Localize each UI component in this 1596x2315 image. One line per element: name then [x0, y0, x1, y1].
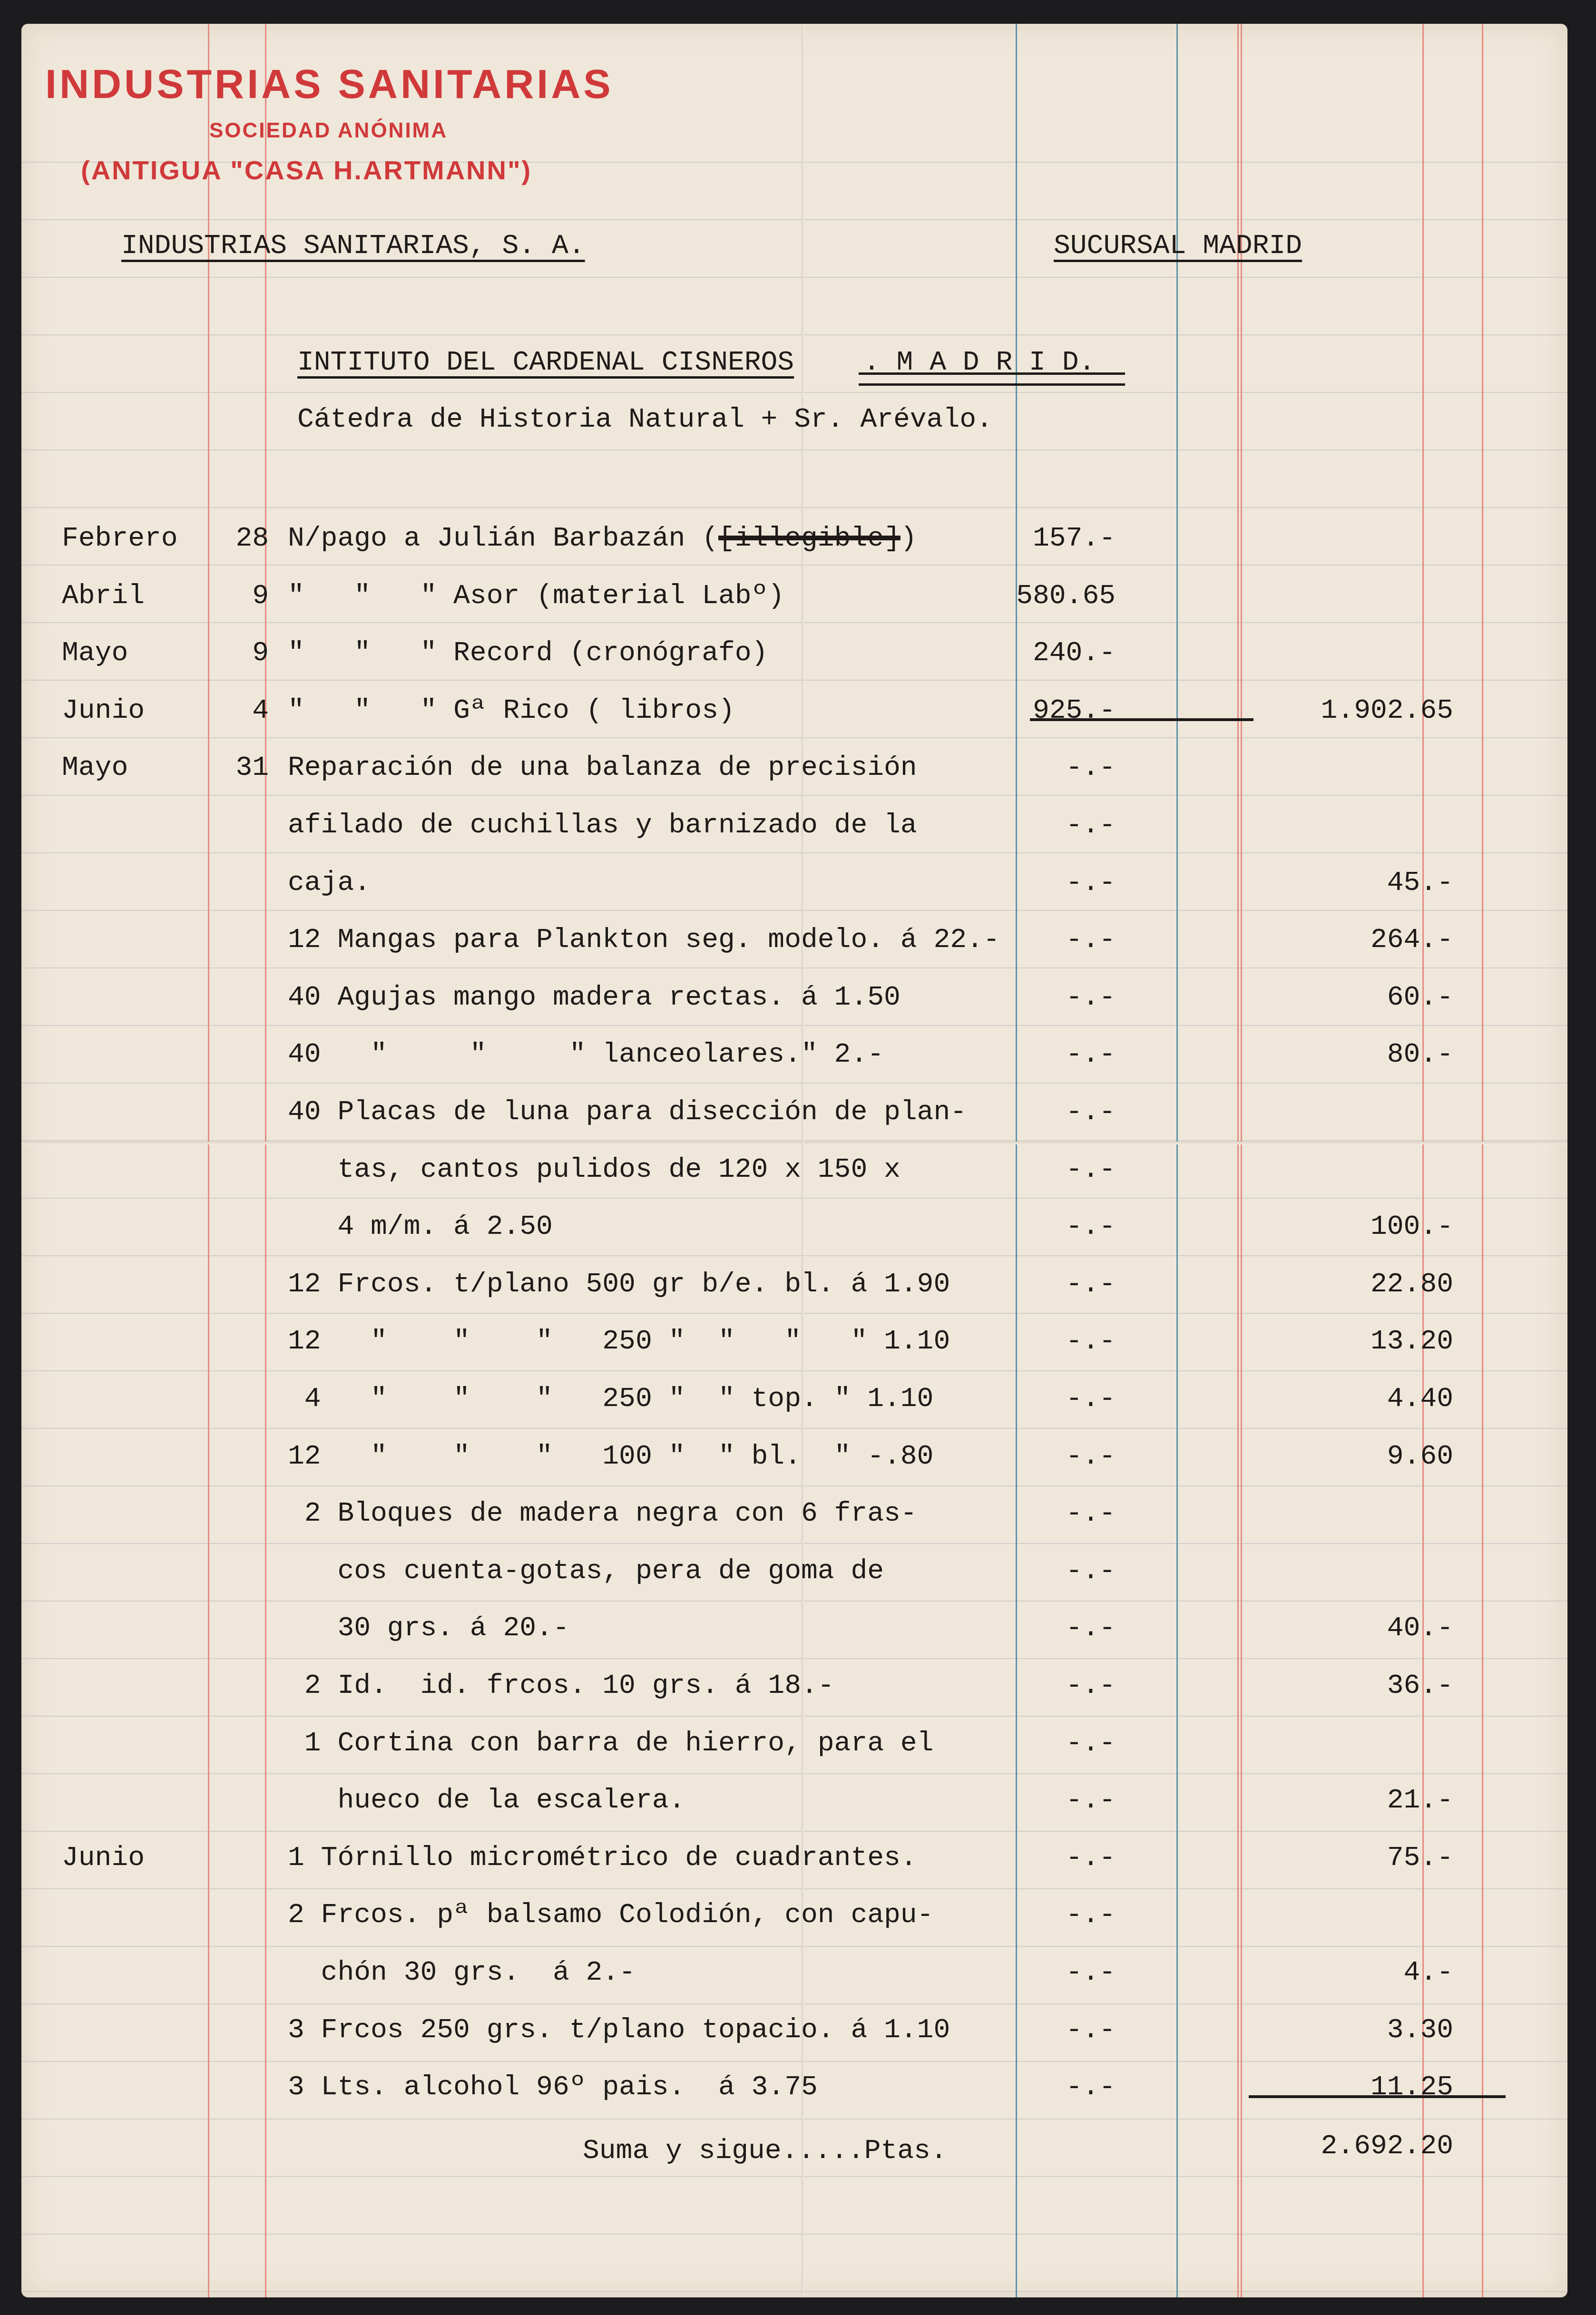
- entry-amount-col1: -.-: [982, 1211, 1116, 1242]
- company-typed: INDUSTRIAS SANITARIAS, S. A.: [121, 231, 585, 262]
- margin-rule: [208, 24, 209, 2297]
- entry-description: cos cuenta-gotas, pera de goma de: [288, 1556, 884, 1587]
- entry-month: Febrero: [62, 523, 178, 554]
- entry-amount-col2: 13.20: [1268, 1326, 1453, 1357]
- entry-description: 3 Frcos 250 grs. t/plano topacio. á 1.10: [288, 2015, 950, 2046]
- entry-description: 4 m/m. á 2.50: [288, 1211, 553, 1242]
- entry-amount-col1: -.-: [982, 982, 1116, 1013]
- entry-description: 1 Cortina con barra de hierro, para el: [288, 1728, 933, 1759]
- entry-amount-col1: -.-: [982, 1384, 1116, 1415]
- city-double-underline: [859, 372, 1125, 386]
- entry-description: 40 Agujas mango madera rectas. á 1.50: [288, 982, 901, 1013]
- entry-month: Mayo: [62, 638, 128, 669]
- recipient-institution: INTITUTO DEL CARDENAL CISNEROS: [297, 347, 794, 378]
- entry-description: chón 30 grs. á 2.-: [288, 1957, 636, 1988]
- entry-amount-col1: -.-: [982, 1843, 1116, 1874]
- entry-day: 31: [212, 752, 269, 783]
- entry-description-text: N/pago a Julián Barbazán (: [288, 523, 718, 554]
- ruling-line: [21, 2176, 1567, 2177]
- entry-description: " " " Record (cronógrafo): [288, 638, 768, 669]
- entry-amount-col2: 75.-: [1268, 1843, 1453, 1874]
- entry-amount-col1: 580.65: [982, 581, 1116, 612]
- entry-amount-col1: 925.-: [982, 695, 1116, 726]
- ruling-line: [21, 852, 1567, 853]
- entry-amount-col1: 157.-: [982, 523, 1116, 554]
- entry-amount-col1: -.-: [982, 1728, 1116, 1759]
- ruling-line: [21, 1255, 1567, 1256]
- entry-amount-col1: -.-: [982, 1097, 1116, 1128]
- entry-amount-col2: 1.902.65: [1268, 695, 1453, 726]
- entry-amount-col1: -.-: [982, 2015, 1116, 2046]
- ruling-line: [21, 2061, 1567, 2062]
- ruling-line: [21, 1543, 1567, 1544]
- entry-description: " " " Asor (material Labº): [288, 581, 784, 612]
- entry-amount-col1: -.-: [982, 1556, 1116, 1587]
- entry-description: 4 " " " 250 " " top. " 1.10: [288, 1384, 933, 1415]
- ruling-line: [21, 2119, 1567, 2120]
- entry-amount-col1: -.-: [982, 1957, 1116, 1988]
- entry-description: afilado de cuchillas y barnizado de la: [288, 810, 917, 841]
- entry-amount-col1: -.-: [982, 1900, 1116, 1931]
- entry-description: 12 Mangas para Plankton seg. modelo. á 2…: [288, 925, 1000, 956]
- ruling-line: [21, 1083, 1567, 1084]
- entry-amount-col2: 80.-: [1268, 1039, 1453, 1070]
- ruling-line: [21, 219, 1567, 220]
- ruling-line: [21, 1025, 1567, 1026]
- column-rule: [1176, 24, 1178, 2297]
- ruling-line: [21, 795, 1567, 796]
- entry-description: 30 grs. á 20.-: [288, 1613, 569, 1644]
- ruling-line: [21, 622, 1567, 623]
- entry-amount-col1: -.-: [982, 2072, 1116, 2103]
- ruling-line: [21, 1946, 1567, 1947]
- entry-amount-col2: 9.60: [1268, 1441, 1453, 1472]
- entry-description: 2 Frcos. pª balsamo Colodión, con capu-: [288, 1900, 933, 1931]
- margin-rule: [265, 24, 266, 2297]
- column-rule: [1237, 24, 1239, 2297]
- ruling-line: [21, 277, 1567, 278]
- entry-amount-col1: -.-: [982, 752, 1116, 783]
- subtotal-rule: [1030, 718, 1253, 721]
- entry-description: 40 Placas de luna para disección de plan…: [288, 1097, 967, 1128]
- entry-amount-col2: 60.-: [1268, 982, 1453, 1013]
- ruling-line: [21, 737, 1567, 738]
- entry-description: 12 " " " 100 " " bl. " -.80: [288, 1441, 933, 1472]
- ruling-line: [21, 507, 1567, 508]
- ruling-line: [21, 1658, 1567, 1659]
- ruling-line: [21, 1370, 1567, 1371]
- ruling-line: [21, 967, 1567, 968]
- column-rule: [1241, 24, 1242, 2297]
- recipient-department: Cátedra de Historia Natural + Sr. Aréval…: [297, 404, 993, 435]
- entry-description: 3 Lts. alcohol 96º pais. á 3.75: [288, 2072, 818, 2103]
- ruling-line: [21, 2234, 1567, 2235]
- entry-amount-col2: 264.-: [1268, 925, 1453, 956]
- entry-amount-col1: -.-: [982, 1785, 1116, 1816]
- ruling-line: [21, 2003, 1567, 2004]
- stamp-former-name: (ANTIGUA "CASA H.ARTMANN"): [81, 155, 532, 186]
- ruling-line: [21, 1773, 1567, 1774]
- entry-description: hueco de la escalera.: [288, 1785, 685, 1816]
- ruling-line: [21, 1601, 1567, 1602]
- ruling-line: [21, 1485, 1567, 1486]
- ruling-line: [21, 449, 1567, 450]
- ruling-line: [21, 1313, 1567, 1314]
- entry-amount-col1: -.-: [982, 925, 1116, 956]
- entry-amount-col2: 40.-: [1268, 1613, 1453, 1644]
- entry-description: tas, cantos pulidos de 120 x 150 x: [288, 1154, 901, 1185]
- entry-description: 2 Id. id. frcos. 10 grs. á 18.-: [288, 1670, 834, 1701]
- entry-amount-col1: -.-: [982, 1326, 1116, 1357]
- column-rule: [1482, 24, 1483, 2297]
- ruling-line: [21, 1888, 1567, 1889]
- entry-amount-col2: 21.-: [1268, 1785, 1453, 1816]
- ruling-line: [21, 2291, 1567, 2292]
- ruling-line: [21, 1716, 1567, 1717]
- entry-description-end: ): [901, 523, 917, 554]
- entry-amount-col1: -.-: [982, 810, 1116, 841]
- entry-amount-col2: 4.-: [1268, 1957, 1453, 1988]
- entry-description: 1 Tórnillo micrométrico de cuadrantes.: [288, 1843, 917, 1874]
- paper-fold: [21, 1142, 1567, 1144]
- entry-amount-col2: 45.-: [1268, 868, 1453, 899]
- entry-description: " " " Gª Rico ( libros): [288, 695, 735, 726]
- entry-month: Junio: [62, 1843, 145, 1874]
- ruling-line: [21, 680, 1567, 681]
- entry-amount-col1: -.-: [982, 1269, 1116, 1300]
- carry-forward-total: 2.692.20: [1268, 2131, 1453, 2162]
- entry-month: Junio: [62, 695, 145, 726]
- entry-description: 12 Frcos. t/plano 500 gr b/e. bl. á 1.90: [288, 1269, 950, 1300]
- branch-name: SUCURSAL MADRID: [1054, 231, 1302, 262]
- entry-description: Reparación de una balanza de precisión: [288, 752, 917, 783]
- entry-amount-col1: 240.-: [982, 638, 1116, 669]
- entry-description: 40 " " " lanceolares." 2.-: [288, 1039, 884, 1070]
- entry-amount-col1: -.-: [982, 1039, 1116, 1070]
- ruling-line: [21, 392, 1567, 393]
- ruling-line: [21, 910, 1567, 911]
- struck-out-text: [illegible]: [718, 523, 901, 554]
- entry-month: Mayo: [62, 752, 128, 783]
- total-rule: [1249, 2095, 1506, 2098]
- entry-amount-col1: -.-: [982, 1154, 1116, 1185]
- entry-amount-col1: -.-: [982, 1613, 1116, 1644]
- entry-amount-col2: 22.80: [1268, 1269, 1453, 1300]
- entry-day: 4: [212, 695, 269, 726]
- entry-month: Abril: [62, 581, 145, 612]
- entry-description: caja.: [288, 868, 371, 899]
- entry-amount-col2: 36.-: [1268, 1670, 1453, 1701]
- stamp-company-name: INDUSTRIAS SANITARIAS: [45, 61, 614, 108]
- carry-forward-label: Suma y sigue.....Ptas.: [583, 2136, 947, 2167]
- entry-description: 12 " " " 250 " " " " 1.10: [288, 1326, 950, 1357]
- ruling-line: [21, 1198, 1567, 1199]
- ruling-line: [21, 334, 1567, 335]
- entry-day: 28: [212, 523, 269, 554]
- entry-description: 2 Bloques de madera negra con 6 fras-: [288, 1498, 917, 1529]
- invoice-sheet: INDUSTRIAS SANITARIAS SOCIEDAD ANÓNIMA (…: [21, 24, 1567, 2297]
- entry-amount-col1: -.-: [982, 1498, 1116, 1529]
- ruling-line: [21, 565, 1567, 566]
- entry-amount-col2: 4.40: [1268, 1384, 1453, 1415]
- entry-amount-col2: 11.25: [1268, 2072, 1453, 2103]
- entry-amount-col1: -.-: [982, 1670, 1116, 1701]
- entry-description: N/pago a Julián Barbazán ([illegible]): [288, 523, 917, 554]
- entry-amount-col1: -.-: [982, 1441, 1116, 1472]
- ruling-line: [21, 1831, 1567, 1832]
- ruling-line: [21, 1140, 1567, 1141]
- column-rule: [1422, 24, 1424, 2297]
- entry-amount-col2: 100.-: [1268, 1211, 1453, 1242]
- entry-day: 9: [212, 581, 269, 612]
- entry-day: 9: [212, 638, 269, 669]
- entry-amount-col2: 3.30: [1268, 2015, 1453, 2046]
- ruling-line: [21, 1428, 1567, 1429]
- entry-amount-col1: -.-: [982, 868, 1116, 899]
- stamp-company-type: SOCIEDAD ANÓNIMA: [209, 119, 448, 143]
